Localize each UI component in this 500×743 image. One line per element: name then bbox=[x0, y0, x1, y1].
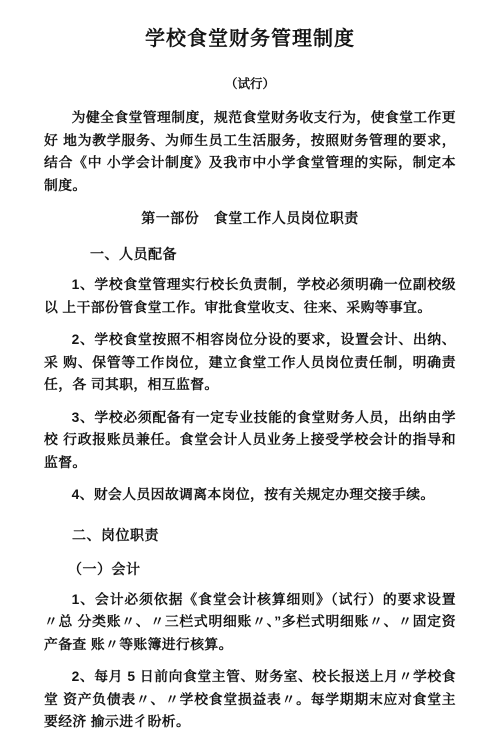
intro-paragraph: 为健全食堂管理制度，规范食堂财务收支行为，使食堂工作更好 地为教学服务、为师生员… bbox=[44, 107, 456, 197]
section1-heading: 一、人员配备 bbox=[90, 244, 456, 264]
section1-item-1: 1、学校食堂管理实行校长负责制，学校必须明确一位副校级以 上干部份管食堂工作。审… bbox=[44, 274, 456, 319]
section2-heading: 二、岗位职责 bbox=[72, 525, 456, 545]
document-subtitle: （试行） bbox=[44, 76, 456, 93]
part1-heading: 第一部份 食堂工作人员岗位职责 bbox=[44, 208, 456, 228]
section1-item-4: 4、财会人员因故调离本岗位，按有关规定办理交接手续。 bbox=[44, 484, 456, 507]
section2-item-1: 1、会计必须依据《食堂会计核算细则》（试行）的要求设置〃总 分类账〃、〃三栏式明… bbox=[44, 589, 456, 657]
subsection1-heading: （一）会计 bbox=[68, 559, 456, 579]
section2-item-2: 2、每月 5 日前向食堂主管、财务室、校长报送上月〃学校食堂 资产负债表〃、〃学… bbox=[44, 666, 456, 734]
section1-item-3: 3、学校必须配备有一定专业技能的食堂财务人员，出纳由学校 行政报账员兼任。食堂会… bbox=[44, 407, 456, 475]
document-page: 学校食堂财务管理制度 （试行） 为健全食堂管理制度，规范食堂财务收支行为，使食堂… bbox=[0, 0, 500, 743]
document-title: 学校食堂财务管理制度 bbox=[44, 26, 456, 52]
section1-item-2: 2、学校食堂按照不相容岗位分设的要求，设置会计、出纳、采 购、保管等工作岗位，建… bbox=[44, 329, 456, 397]
